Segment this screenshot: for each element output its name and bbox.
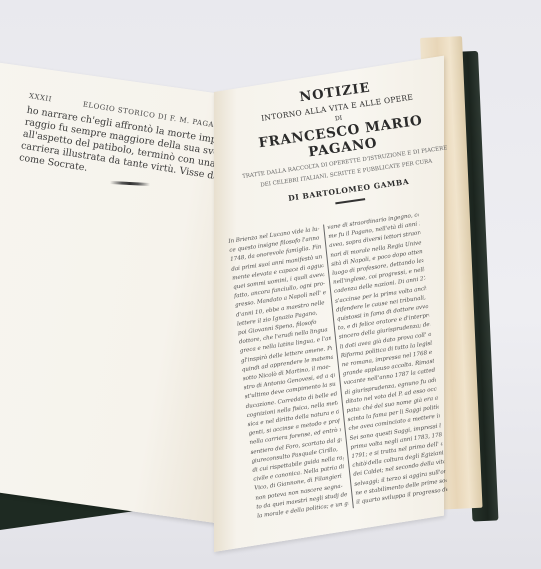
page-number: XXXII (28, 90, 53, 105)
book-photo: XXXII ELOGIO STORICO DI F. M. PAGANO ho … (0, 0, 541, 569)
signature-mark: i (366, 460, 368, 466)
text-columns: In Brienza nel Lucano vide la lu-ce ques… (228, 212, 446, 522)
